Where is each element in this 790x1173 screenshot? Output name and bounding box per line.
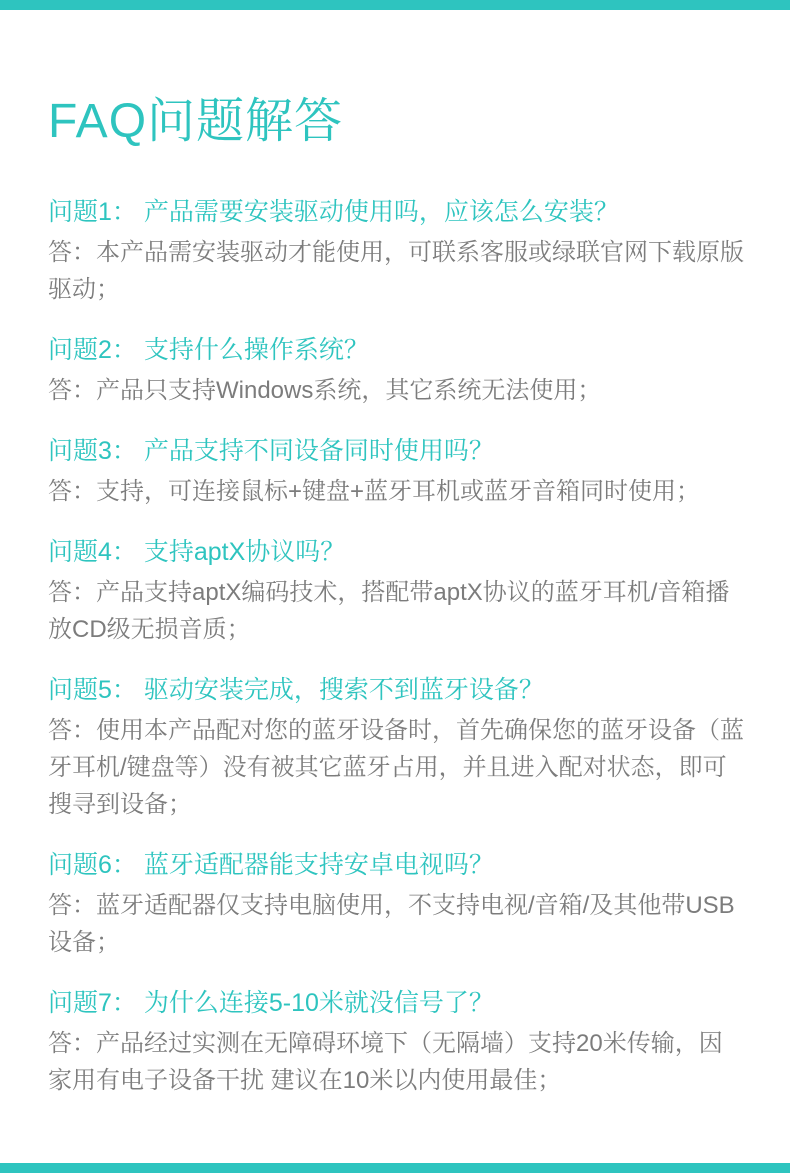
faq-question: 问题1： 产品需要安装驱动使用吗，应该怎么安装？ — [48, 196, 746, 228]
faq-item: 问题3： 产品支持不同设备同时使用吗？ 答：支持，可连接鼠标+键盘+蓝牙耳机或蓝… — [48, 435, 746, 510]
faq-question: 问题2： 支持什么操作系统？ — [48, 334, 746, 366]
faq-item: 问题4： 支持aptX协议吗？ 答：产品支持aptX编码技术，搭配带aptX协议… — [48, 536, 746, 648]
faq-list: 问题1： 产品需要安装驱动使用吗，应该怎么安装？ 答：本产品需安装驱动才能使用，… — [48, 196, 746, 1099]
faq-item: 问题1： 产品需要安装驱动使用吗，应该怎么安装？ 答：本产品需安装驱动才能使用，… — [48, 196, 746, 308]
faq-answer: 答：产品经过实测在无障碍环境下（无隔墙）支持20米传输，因家用有电子设备干扰 建… — [48, 1025, 746, 1099]
faq-item: 问题7： 为什么连接5-10米就没信号了？ 答：产品经过实测在无障碍环境下（无隔… — [48, 987, 746, 1099]
top-divider-bar — [0, 0, 790, 10]
faq-item: 问题5： 驱动安装完成，搜索不到蓝牙设备？ 答：使用本产品配对您的蓝牙设备时，首… — [48, 674, 746, 823]
faq-question: 问题7： 为什么连接5-10米就没信号了？ — [48, 987, 746, 1019]
faq-question: 问题5： 驱动安装完成，搜索不到蓝牙设备？ — [48, 674, 746, 706]
faq-answer: 答：本产品需安装驱动才能使用，可联系客服或绿联官网下载原版驱动； — [48, 234, 746, 308]
faq-answer: 答：使用本产品配对您的蓝牙设备时，首先确保您的蓝牙设备（蓝牙耳机/键盘等）没有被… — [48, 712, 746, 823]
faq-question: 问题3： 产品支持不同设备同时使用吗？ — [48, 435, 746, 467]
faq-item: 问题6： 蓝牙适配器能支持安卓电视吗？ 答：蓝牙适配器仅支持电脑使用，不支持电视… — [48, 849, 746, 961]
page-title: FAQ问题解答 — [48, 97, 746, 147]
faq-answer: 答：产品支持aptX编码技术，搭配带aptX协议的蓝牙耳机/音箱播放CD级无损音… — [48, 574, 746, 648]
faq-question: 问题4： 支持aptX协议吗？ — [48, 536, 746, 568]
bottom-divider-bar — [0, 1163, 790, 1173]
faq-page: FAQ问题解答 问题1： 产品需要安装驱动使用吗，应该怎么安装？ 答：本产品需安… — [0, 0, 790, 1173]
faq-content: FAQ问题解答 问题1： 产品需要安装驱动使用吗，应该怎么安装？ 答：本产品需安… — [0, 0, 790, 1099]
faq-answer: 答：产品只支持Windows系统，其它系统无法使用； — [48, 372, 746, 409]
faq-answer: 答：蓝牙适配器仅支持电脑使用，不支持电视/音箱/及其他带USB设备； — [48, 887, 746, 961]
faq-question: 问题6： 蓝牙适配器能支持安卓电视吗？ — [48, 849, 746, 881]
faq-item: 问题2： 支持什么操作系统？ 答：产品只支持Windows系统，其它系统无法使用… — [48, 334, 746, 409]
faq-answer: 答：支持，可连接鼠标+键盘+蓝牙耳机或蓝牙音箱同时使用； — [48, 473, 746, 510]
